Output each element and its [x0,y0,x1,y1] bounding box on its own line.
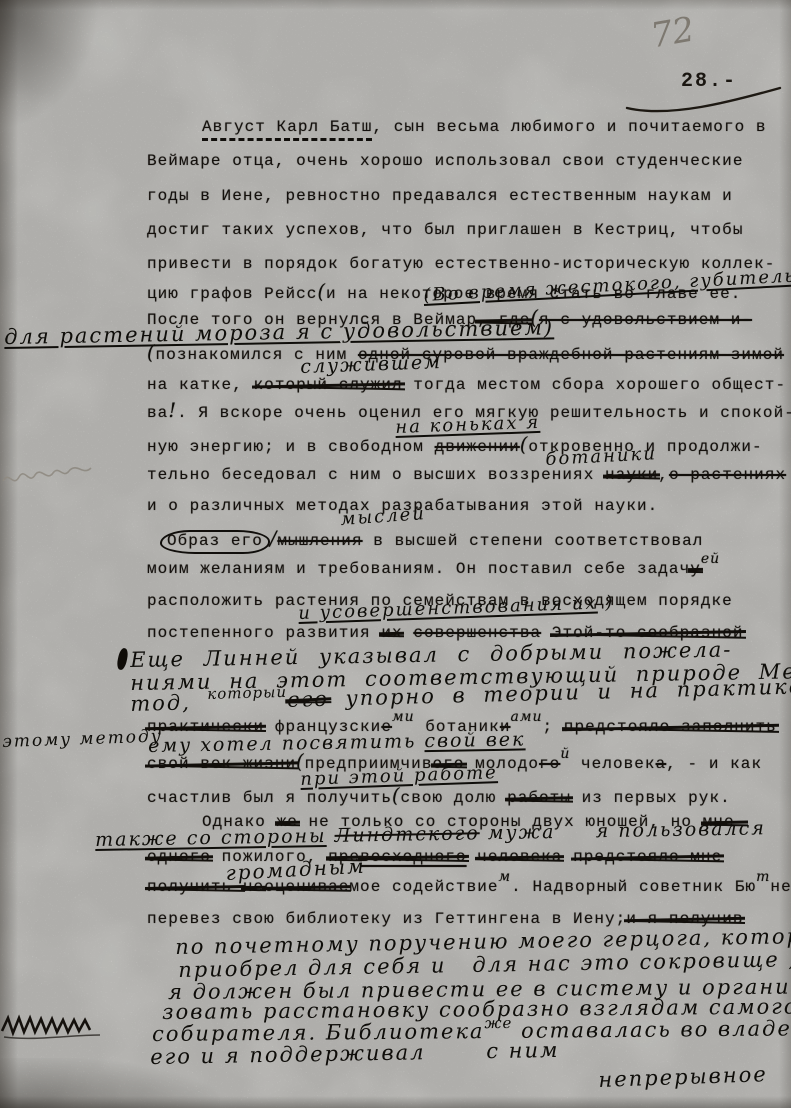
text-segment: м [499,869,512,885]
text-segment: на катке, [147,376,254,394]
typed-line: ную энергию; и в свободном движении(откр… [147,434,763,456]
text-segment: о растениях [669,466,786,484]
typed-line: (познакомился с ним одной суровой вражде… [147,342,784,364]
text-segment: человек [570,755,655,773]
text-segment: который служил [254,376,403,394]
text-segment: нер [770,878,791,896]
text-segment: оценивае [264,878,349,896]
typed-line: на катке, который служил тогда местом сб… [147,376,786,394]
bottom-edge-shadow [0,1096,791,1108]
text-segment: я пользовался [555,817,766,843]
text-segment: мышления [277,532,362,550]
text-segment: Веймаре отца, очень хорошо использовал с… [147,152,744,170]
text-segment: тогда местом сбора хорошего общест- [403,376,786,394]
text-segment: из первых рук. [571,789,731,807]
typed-line: Веймаре отца, очень хорошо использовал с… [147,152,744,170]
text-segment: ми [392,709,415,725]
text-segment: й [560,746,570,762]
text-segment: получить [147,878,243,896]
text-segment: ва [147,404,168,422]
text-segment: т [756,869,770,885]
text-segment: тод, [130,690,208,716]
typed-line: Образ его/мышления в высшей степени соот… [160,528,703,554]
text-segment: же [484,1015,512,1032]
text-segment: в высшей степени соответствовал [363,532,704,550]
text-segment: моим желаниям и требованиям. Он поставил… [147,560,690,578]
typed-line: счастлив был я получить(свою долю работы… [147,785,731,807]
text-segment: предстояло заполнить [564,718,777,736]
handwritten-line: мыслей [340,504,427,531]
text-segment: у [690,560,701,578]
text-segment: ( [317,280,326,303]
text-segment: мыслей [340,503,427,530]
text-segment: ! [168,399,177,422]
text-segment: привести в порядок богатую естественно-и… [147,255,775,273]
text-segment: их [381,624,402,642]
text-segment: который [207,684,287,703]
handwritten-line: непрерывное [598,1062,768,1092]
top-edge-shadow [0,0,791,10]
text-segment: го [539,755,560,773]
text-segment: , сын весьма любимого и почитаемого в [372,118,766,136]
text-segment: этому методу [2,726,163,752]
margin-scrawl [0,1005,105,1050]
text-segment: мое содействие [349,878,498,896]
text-segment: Август Карл Батш [202,118,372,141]
text-segment: служившем [300,351,442,378]
typed-line: моим желаниям и требованиям. Он поставил… [147,560,720,578]
text-segment: науки [605,466,658,484]
text-segment: Линдтского [334,822,480,847]
text-segment: непрерывное [598,1062,768,1092]
text-segment: движении [435,438,520,456]
text-segment: свой век жизни [147,755,296,773]
text-segment: ( [147,341,156,364]
manuscript-page: 72 28.- Август Карл Батш, сын весьма люб… [0,0,791,1108]
margin-note: этому методу [2,727,163,752]
text-segment: счастлив был я получить [147,789,392,807]
text-segment: совершенства [413,624,541,642]
typed-line: получить неоцениваемое содействием. Надв… [147,878,791,896]
pencil-folio-number: 72 [648,10,697,56]
corner-shadow [0,0,100,130]
text-segment: постепенного развития [147,624,381,642]
handwritten-line: также со стороны Линдтского мужа я польз… [95,818,766,852]
text-segment: тельно беседовал с ним о высших воззрени… [147,466,605,484]
text-segment: ; [542,718,563,736]
left-edge-shadow [0,0,18,1108]
text-segment: . Надворный советник Бю [511,878,756,896]
text-segment: работы [507,789,571,807]
text-segment: свой век [424,728,525,752]
text-segment: ( [392,784,401,807]
text-segment: перевез свою библиотеку из Геттингена в … [147,910,626,928]
text-segment: а [656,755,667,773]
text-segment: его [287,687,329,712]
typed-line: Август Карл Батш, сын весьма любимого и … [202,118,767,136]
handwritten-line: служившем [300,352,442,379]
text-segment: человека [477,848,562,866]
text-segment: не [243,878,264,896]
text-segment: Образ его [160,530,270,554]
ink-blot [116,647,129,670]
typed-line: достиг таких успехов, что был приглашен … [147,221,744,239]
text-segment: ную энергию; и в свободном [147,438,435,456]
page-number: 28.- [681,70,737,93]
text-segment: мужа [480,821,556,844]
text-segment: ами [511,709,543,725]
text-segment: восходного [360,848,467,866]
typed-line: тельно беседовал с ним о высших воззрени… [147,466,786,484]
text-segment: одного [147,848,211,866]
text-segment: ) [597,592,614,614]
text-segment: достиг таких успехов, что был приглашен … [147,221,744,239]
text-segment: предстояло мне [573,848,722,866]
text-segment: годы в Иене, ревностно предавался естест… [147,187,733,205]
text-segment: цию графов Рейсс [147,285,317,303]
text-segment: я с удовольствием и- [539,311,752,329]
faint-margin-note [0,455,115,495]
text-segment: , - и как [666,755,762,773]
typed-line: годы в Иене, ревностно предавался естест… [147,187,733,205]
text-segment: ей [701,551,720,567]
text-segment: свою долю [401,789,508,807]
